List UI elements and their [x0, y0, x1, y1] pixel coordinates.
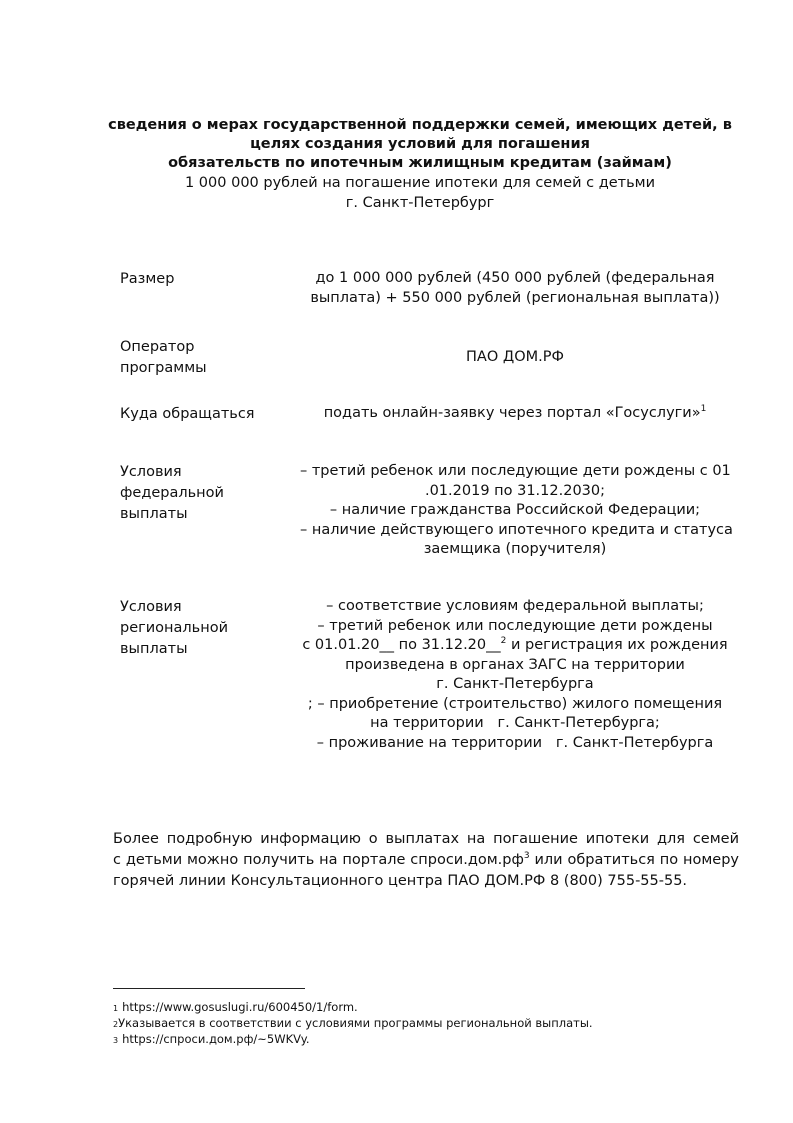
info-line-1: Более подробную информацию о выплатах на…	[113, 829, 739, 850]
label-line: региональной	[120, 618, 290, 639]
label-line: программы	[120, 358, 290, 379]
title-line-2: целях создания условий для погашения	[100, 135, 740, 153]
label-line: Условия	[120, 597, 290, 618]
label-line: Куда обращаться	[120, 404, 290, 425]
row-label: Куда обращаться	[120, 404, 290, 425]
footnote-link[interactable]: https://www.gosuslugi.ru/600450/1/form.	[122, 1000, 358, 1014]
info-paragraph: Более подробную информацию о выплатах на…	[113, 829, 739, 892]
footnote-text: Указывается в соответствии с условиями п…	[118, 1016, 592, 1030]
label-line: федеральной	[120, 483, 290, 504]
value-line: – третий ребенок или последующие дети ро…	[300, 462, 730, 482]
value-line: – наличие действующего ипотечного кредит…	[300, 521, 730, 541]
row-value: подать онлайн-заявку через портал «Госус…	[300, 404, 730, 424]
label-line: Условия	[120, 462, 290, 483]
value-line: до 1 000 000 рублей (450 000 рублей (фед…	[300, 269, 730, 289]
subtitle: 1 000 000 рублей на погашение ипотеки дл…	[100, 173, 740, 193]
footnote-number: 3	[113, 1036, 118, 1045]
document-header: сведения о мерах государственной поддерж…	[100, 115, 740, 213]
row-value: до 1 000 000 рублей (450 000 рублей (фед…	[300, 269, 730, 308]
footnote-3: 3https://спроси.дом.рф/~5WKVy.	[113, 1031, 310, 1049]
info-line-2: с детьми можно получить на портале спрос…	[113, 850, 739, 871]
value-line: – наличие гражданства Российской Федерац…	[300, 501, 730, 521]
city: г. Санкт-Петербург	[100, 193, 740, 213]
value-line: заемщика (поручителя)	[300, 540, 730, 560]
value-line: на территории г. Санкт-Петербурга;	[300, 714, 730, 734]
row-value: ПАО ДОМ.РФ	[300, 348, 730, 368]
value-line: ПАО ДОМ.РФ	[300, 348, 730, 368]
title-line-1: сведения о мерах государственной поддерж…	[100, 115, 740, 135]
row-value: – соответствие условиям федеральной выпл…	[300, 597, 730, 753]
registration-text: и регистрация их рождения	[506, 637, 727, 653]
row-label: Условия региональной выплаты	[120, 597, 290, 660]
value-line: – проживание на территории г. Санкт-Пете…	[300, 734, 730, 754]
label-line: выплаты	[120, 639, 290, 660]
label-line: Оператор	[120, 337, 290, 358]
value-line: ; – приобретение (строительство) жилого …	[300, 695, 730, 715]
footnote-number: 1	[113, 1004, 118, 1013]
gosuslugi-text: подать онлайн-заявку через портал «Госус…	[324, 405, 701, 421]
value-line: г. Санкт-Петербурга	[300, 675, 730, 695]
title-line-3: обязательств по ипотечным жилищным креди…	[100, 153, 740, 173]
portal-text: с детьми можно получить на портале спрос…	[113, 852, 524, 868]
footnote-ref-1[interactable]: 1	[701, 404, 707, 414]
row-value: – третий ребенок или последующие дети ро…	[300, 462, 730, 560]
value-line: – соответствие условиям федеральной выпл…	[300, 597, 730, 617]
hotline-lead-text: или обратиться по номеру	[530, 852, 739, 868]
row-label: Условия федеральной выплаты	[120, 462, 290, 525]
footnote-separator	[113, 988, 305, 989]
row-label: Размер	[120, 269, 290, 290]
value-line: подать онлайн-заявку через портал «Госус…	[300, 404, 730, 424]
footnote-link[interactable]: https://спроси.дом.рф/~5WKVy.	[122, 1032, 309, 1046]
value-line: – третий ребенок или последующие дети ро…	[300, 617, 730, 637]
value-line: произведена в органах ЗАГС на территории	[300, 656, 730, 676]
info-line-3: горячей линии Консультационного центра П…	[113, 871, 739, 892]
label-line: выплаты	[120, 504, 290, 525]
value-line: .01.2019 по 31.12.2030;	[300, 482, 730, 502]
label-line: Размер	[120, 269, 290, 290]
value-line: с 01.01.20__ по 31.12.20__2 и регистраци…	[300, 636, 730, 656]
value-line: выплата) + 550 000 рублей (региональная …	[300, 289, 730, 309]
row-label: Оператор программы	[120, 337, 290, 379]
date-range-text: с 01.01.20__ по 31.12.20__	[302, 637, 500, 653]
